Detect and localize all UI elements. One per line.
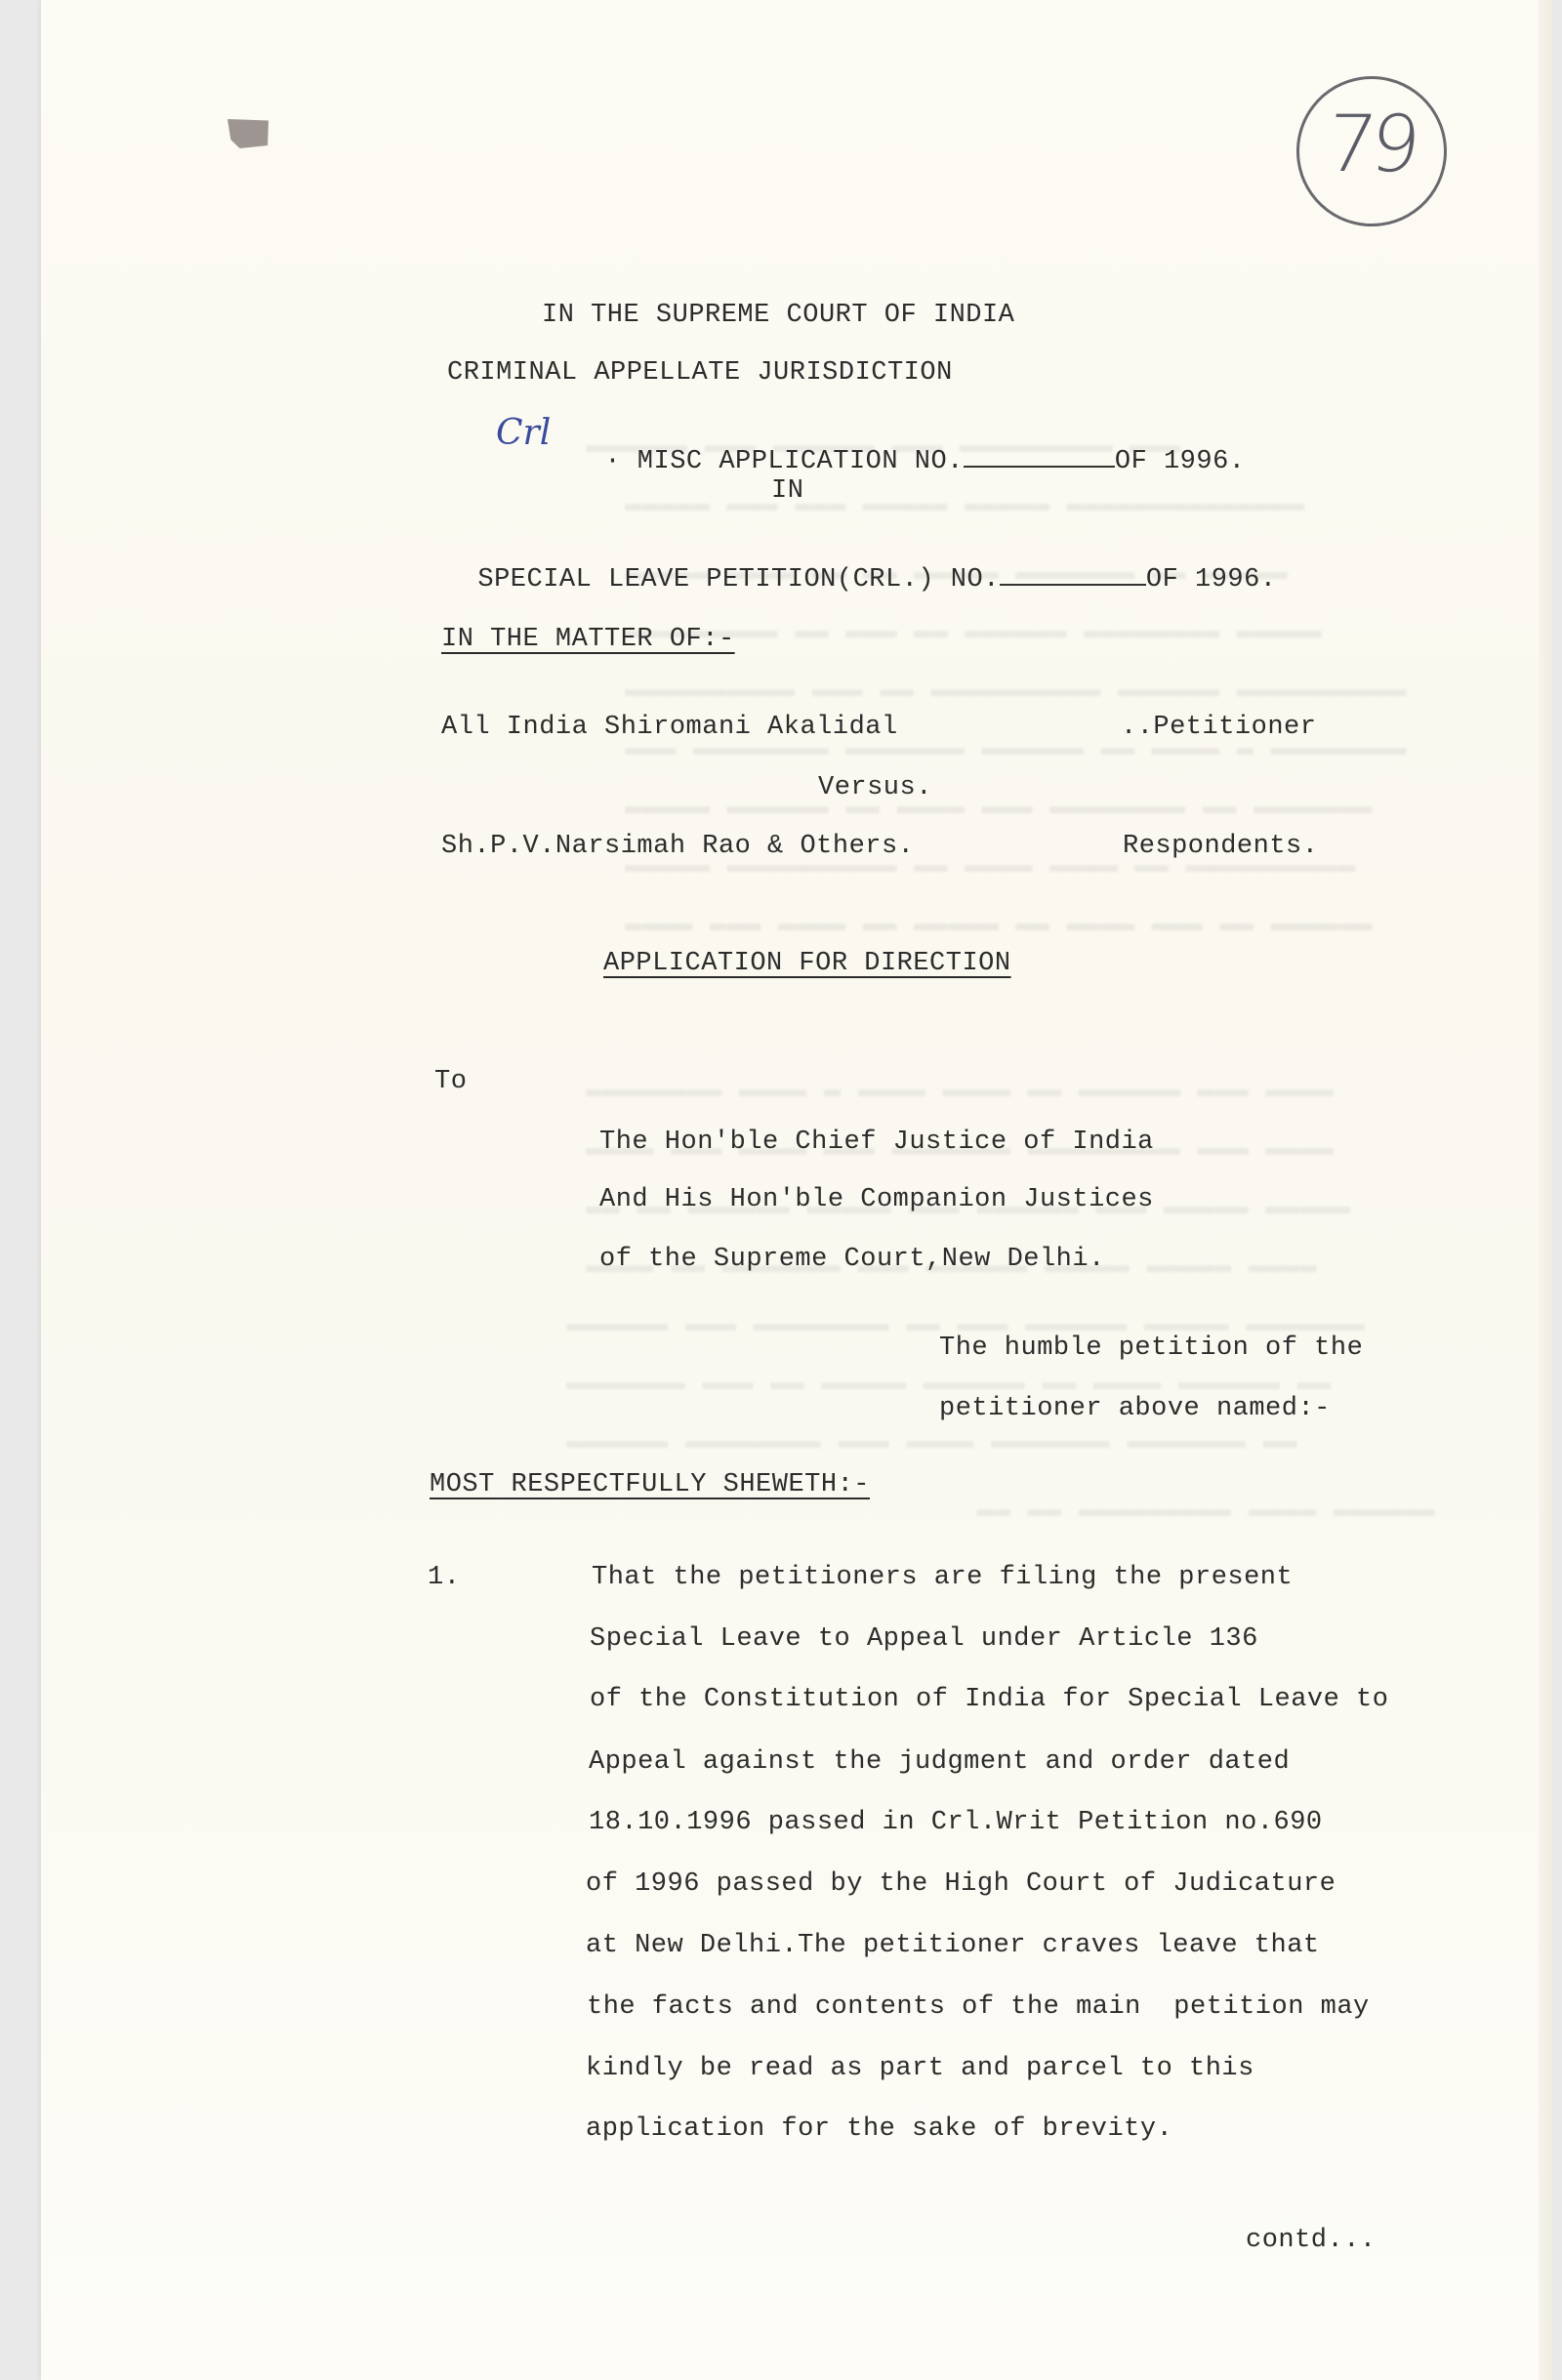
- misc-application-line: · MISC APPLICATION NO.OF 1996.: [572, 418, 1246, 476]
- shewth-heading: MOST RESPECTFULLY SHEWETH:-: [430, 1470, 870, 1499]
- paragraph-line: Special Leave to Appeal under Article 13…: [590, 1624, 1258, 1654]
- paragraph-line: application for the sake of brevity.: [586, 2114, 1172, 2144]
- slp-number-blank: [1000, 583, 1146, 586]
- slp-line: SPECIAL LEAVE PETITION(CRL.) NO.OF 1996.: [445, 536, 1277, 595]
- matter-heading: IN THE MATTER OF:-: [441, 625, 735, 654]
- petitioner-role: ..Petitioner: [1121, 713, 1316, 742]
- paragraph-line: at New Delhi.The petitioner craves leave…: [586, 1931, 1320, 1960]
- page-number: 79: [1294, 99, 1448, 189]
- slp-label: SPECIAL LEAVE PETITION(CRL.) NO.: [477, 565, 999, 595]
- address-line: of the Supreme Court,New Delhi.: [599, 1245, 1105, 1274]
- paragraph-line: the facts and contents of the main petit…: [587, 1992, 1370, 2022]
- address-line: And His Hon'ble Companion Justices: [599, 1185, 1154, 1214]
- misc-application-year: OF 1996.: [1115, 447, 1246, 476]
- paragraph-line: That the petitioners are filing the pres…: [592, 1563, 1293, 1592]
- respondent-role: Respondents.: [1123, 832, 1318, 861]
- application-title: APPLICATION FOR DIRECTION: [603, 949, 1011, 978]
- petition-intro-line: The humble petition of the: [939, 1334, 1363, 1363]
- in-connector: IN: [771, 476, 803, 506]
- misc-application-number-blank: [964, 465, 1115, 468]
- misc-application-label: · MISC APPLICATION NO.: [604, 447, 963, 476]
- petition-intro-line: petitioner above named:-: [939, 1394, 1331, 1423]
- paragraph-line: kindly be read as part and parcel to thi…: [586, 2054, 1254, 2083]
- slp-year: OF 1996.: [1146, 565, 1277, 595]
- respondent-name: Sh.P.V.Narsimah Rao & Others.: [441, 832, 914, 861]
- versus: Versus.: [818, 773, 932, 802]
- paragraph-line: 18.10.1996 passed in Crl.Writ Petition n…: [589, 1808, 1323, 1837]
- continued-marker: contd...: [1246, 2226, 1377, 2255]
- jurisdiction: CRIMINAL APPELLATE JURISDICTION: [447, 358, 953, 388]
- court-name: IN THE SUPREME COURT OF INDIA: [542, 301, 1014, 330]
- paragraph-line: of 1996 passed by the High Court of Judi…: [586, 1869, 1336, 1899]
- paragraph-line: Appeal against the judgment and order da…: [589, 1747, 1290, 1777]
- address-line: The Hon'ble Chief Justice of India: [599, 1128, 1154, 1157]
- paper-edge: [1539, 0, 1552, 2380]
- handwritten-crl-annotation: Crl: [496, 413, 551, 453]
- address-to: To: [434, 1067, 467, 1096]
- paragraph-number: 1.: [428, 1563, 460, 1592]
- paragraph-line: of the Constitution of India for Special…: [590, 1685, 1388, 1714]
- petitioner-name: All India Shiromani Akalidal: [441, 713, 898, 742]
